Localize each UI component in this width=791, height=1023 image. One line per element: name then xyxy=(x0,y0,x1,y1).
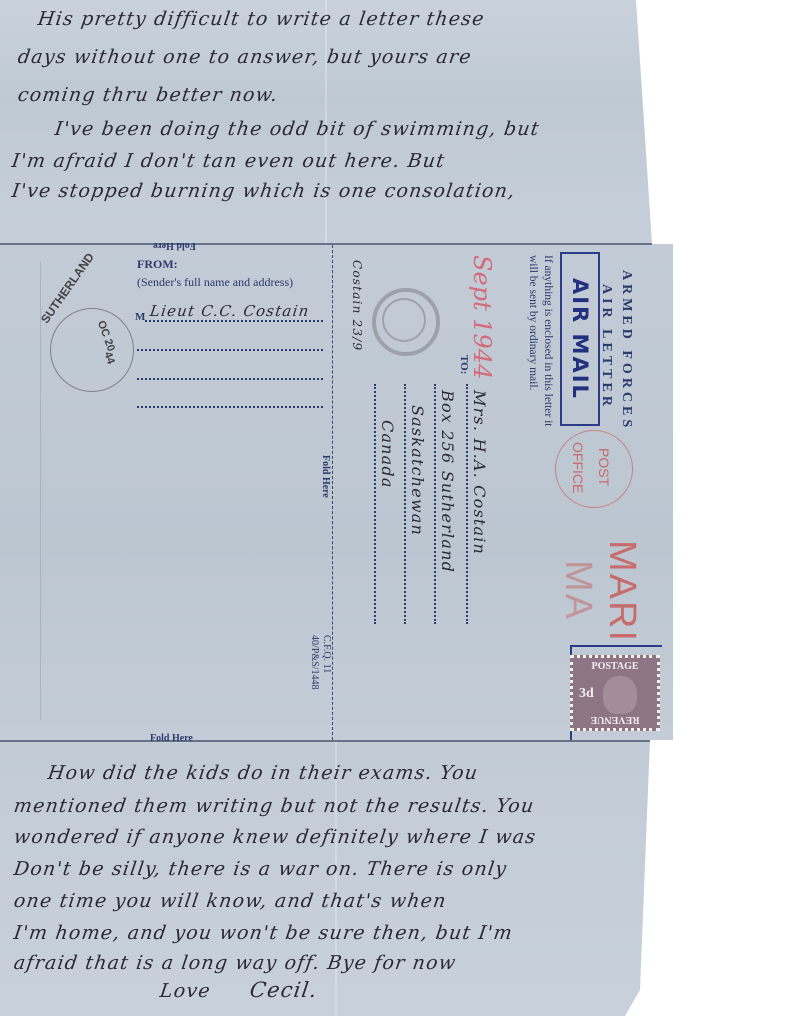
recipient-line-text: Box 256 Sutherland xyxy=(438,390,457,573)
recipient-line-text: Saskatchewan xyxy=(408,405,427,536)
handwritten-line: I've been doing the odd bit of swimming,… xyxy=(53,118,541,140)
recipient-line xyxy=(466,384,468,624)
censor-note-line1: Costain xyxy=(350,260,364,315)
handwritten-line: I've stopped burning which is one consol… xyxy=(10,180,517,202)
censor-note: Costain 23/9 xyxy=(350,260,364,351)
sender-name: Lieut C.C. Costain xyxy=(149,302,311,320)
closing: Love xyxy=(158,980,212,1002)
recipient-line xyxy=(404,384,406,624)
handwritten-line: coming thru better now. xyxy=(16,84,279,106)
fold-line-top xyxy=(0,243,652,245)
red-slogan-1: MARI xyxy=(600,540,643,643)
censor-inner-ring xyxy=(382,298,426,342)
airmail-box: AIR MAIL xyxy=(560,252,600,426)
handwritten-line: days without one to answer, but yours ar… xyxy=(16,46,473,68)
handwritten-line: afraid that is a long way off. Bye for n… xyxy=(12,952,457,974)
enclosure-notice: If anything is enclosed in this letter i… xyxy=(505,255,555,430)
form-code: C.F.Q. 11 40/P&S/1448 xyxy=(308,635,332,689)
fold-here-label-vertical: Fold Here xyxy=(320,455,331,498)
from-sub-label: (Sender's full name and address) xyxy=(137,275,293,290)
fold-here-label: Fold Here xyxy=(150,733,193,744)
form-code-line2: 40/P&S/1448 xyxy=(309,635,320,689)
sender-prefix: M xyxy=(135,311,145,323)
postmark-ring xyxy=(50,308,134,392)
post-office-ring xyxy=(555,430,633,508)
fold-line-vertical xyxy=(332,245,334,740)
sender-line xyxy=(137,406,323,408)
post-office-line1: POST xyxy=(596,448,612,486)
signature: Cecil. xyxy=(248,978,319,1002)
handwritten-line: wondered if anyone knew definitely where… xyxy=(12,826,537,848)
stamp-box-top xyxy=(570,645,662,647)
red-slogan-2: MA xyxy=(556,560,599,621)
stamp-top-label: POSTAGE xyxy=(573,661,657,672)
handwritten-line: How did the kids do in their exams. You xyxy=(46,762,479,784)
sender-line xyxy=(137,378,323,380)
red-date-note: Sept 1944 xyxy=(468,255,496,379)
form-title-line1: ARMED FORCES xyxy=(618,270,634,431)
handwritten-line: one time you will know, and that's when xyxy=(12,890,448,912)
recipient-line xyxy=(434,384,436,624)
to-label: TO: xyxy=(458,355,470,374)
form-code-line1: C.F.Q. 11 xyxy=(321,635,332,673)
recipient-line-text: Mrs. H.A. Costain xyxy=(470,390,489,555)
airmail-label: AIR MAIL xyxy=(568,278,592,400)
fold-line-bottom xyxy=(0,740,650,742)
recipient-line-text: Canada xyxy=(378,420,397,489)
form-title-line2: AIR LETTER xyxy=(598,284,614,410)
handwritten-line: I'm home, and you won't be sure then, bu… xyxy=(12,922,514,944)
from-label: FROM: xyxy=(137,257,178,272)
stamp-value: 3d xyxy=(579,686,594,702)
stamp-portrait xyxy=(603,676,637,714)
handwritten-line: I'm afraid I don't tan even out here. Bu… xyxy=(10,150,446,172)
fold-here-label: Fold Here xyxy=(153,240,196,251)
handwritten-line: mentioned them writing but not the resul… xyxy=(12,795,536,817)
censor-note-line2: 23/9 xyxy=(350,320,364,352)
flap-edge xyxy=(40,262,41,720)
sender-line xyxy=(137,349,323,351)
post-office-line2: OFFICE xyxy=(570,442,586,493)
handwritten-line: Don't be silly, there is a war on. There… xyxy=(12,858,508,880)
recipient-line xyxy=(374,384,376,624)
handwritten-line: His pretty difficult to write a letter t… xyxy=(36,8,486,30)
postage-stamp: POSTAGE 3d REVENUE xyxy=(570,655,660,731)
stamp-bottom-label: REVENUE xyxy=(573,714,657,725)
sender-line xyxy=(145,320,323,322)
